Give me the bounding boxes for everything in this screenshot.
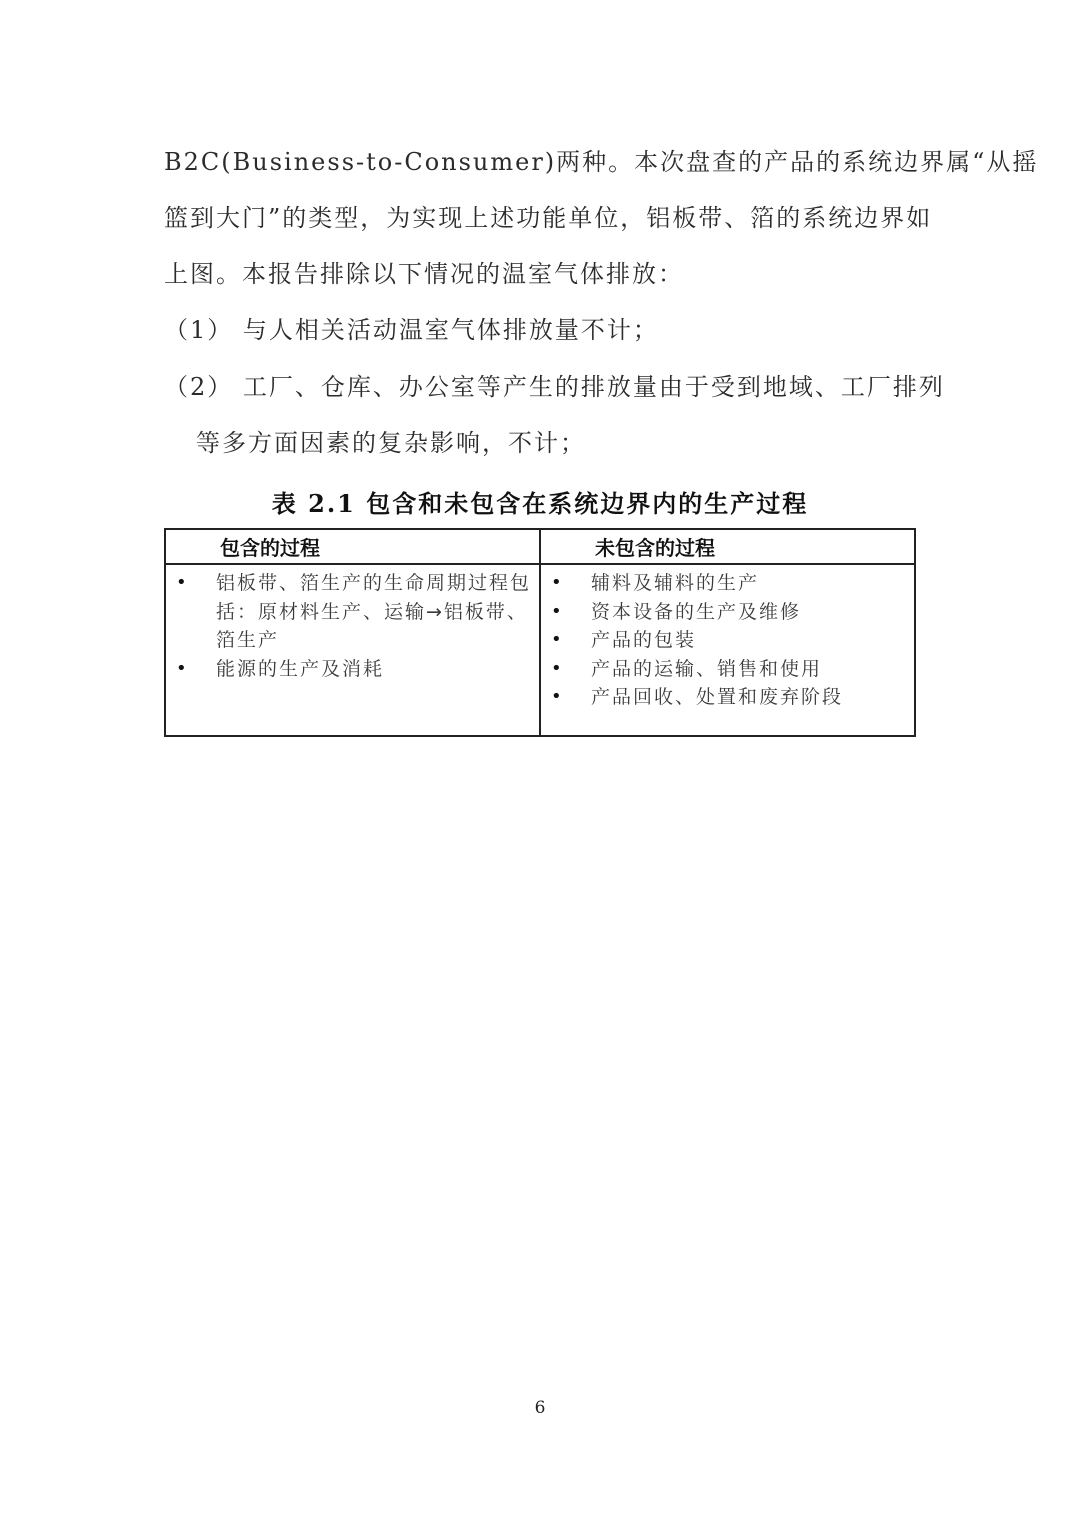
table-row: 铝板带、箔生产的生命周期过程包括：原材料生产、运输→铝板带、箔生产 能源的生产及… <box>165 564 915 736</box>
exclusion-text: 工厂、仓库、办公室等产生的排放量由于受到地域、工厂排列 <box>243 373 945 401</box>
header-excluded: 未包含的过程 <box>540 529 915 564</box>
process-table: 包含的过程 未包含的过程 铝板带、箔生产的生命周期过程包括：原材料生产、运输→铝… <box>164 528 916 737</box>
exclusion-label: （2） <box>164 373 233 401</box>
paragraph-line: 篮到大门”的类型，为实现上述功能单位，铝板带、箔的系统边界如 <box>164 203 918 233</box>
table-header-row: 包含的过程 未包含的过程 <box>165 529 915 564</box>
list-item: 辅料及辅料的生产 <box>541 569 914 598</box>
list-item: 产品的运输、销售和使用 <box>541 655 914 684</box>
excluded-cell: 辅料及辅料的生产 资本设备的生产及维修 产品的包装 产品的运输、销售和使用 产品… <box>540 564 915 736</box>
header-included: 包含的过程 <box>165 529 540 564</box>
list-item: 铝板带、箔生产的生命周期过程包括：原材料生产、运输→铝板带、箔生产 <box>166 569 539 655</box>
exclusion-item-2: （2） 工厂、仓库、办公室等产生的排放量由于受到地域、工厂排列 <box>164 372 918 402</box>
list-item: 能源的生产及消耗 <box>166 655 539 684</box>
page-number: 6 <box>0 1398 1080 1418</box>
exclusion-item-2-continuation: 等多方面因素的复杂影响，不计； <box>196 428 950 458</box>
exclusion-text: 与人相关活动温室气体排放量不计； <box>243 316 659 344</box>
list-item: 产品的包装 <box>541 626 914 655</box>
list-item: 资本设备的生产及维修 <box>541 598 914 627</box>
list-item: 产品回收、处置和废弃阶段 <box>541 683 914 712</box>
exclusion-item-1: （1） 与人相关活动温室气体排放量不计； <box>164 315 918 345</box>
paragraph-line: B2C(Business-to-Consumer)两种。本次盘查的产品的系统边界… <box>164 147 918 177</box>
paragraph-line: 上图。本报告排除以下情况的温室气体排放： <box>164 259 918 289</box>
table-caption: 表 2.1 包含和未包含在系统边界内的生产过程 <box>0 484 1080 519</box>
included-cell: 铝板带、箔生产的生命周期过程包括：原材料生产、运输→铝板带、箔生产 能源的生产及… <box>165 564 540 736</box>
exclusion-label: （1） <box>164 316 233 344</box>
